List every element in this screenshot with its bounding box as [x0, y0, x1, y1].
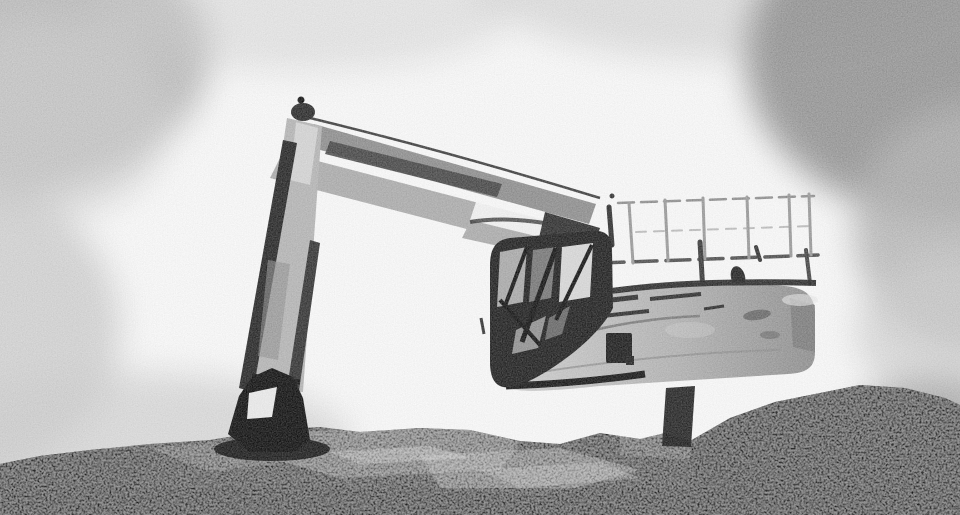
scene-illustration: Black-and-white sketch-style photograph … [0, 0, 960, 515]
photo-canvas: Black-and-white sketch-style photograph … [0, 0, 960, 515]
paper-grain-light [0, 0, 960, 515]
